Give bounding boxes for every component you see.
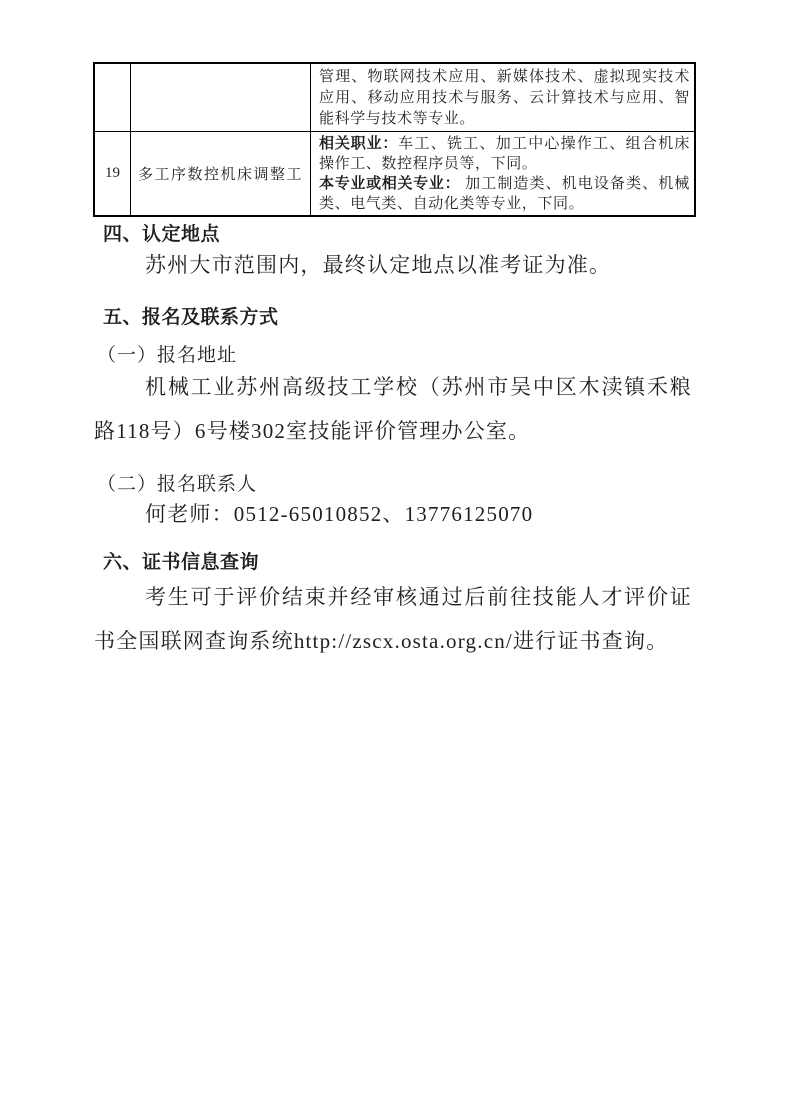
location-paragraph: 苏州大市范围内，最终认定地点以准考证为准。 bbox=[94, 243, 692, 287]
detail-label: 本专业或相关专业： bbox=[319, 175, 460, 192]
table-row: 19 多工序数控机床调整工 相关职业：车工、铣工、加工中心操作工、组合机床操作工… bbox=[94, 132, 695, 217]
table-cell-occupation bbox=[131, 63, 311, 132]
table-cell-details: 管理、物联网技术应用、新媒体技术、虚拟现实技术应用、移动应用技术与服务、云计算技… bbox=[311, 63, 696, 132]
document-page: 管理、物联网技术应用、新媒体技术、虚拟现实技术应用、移动应用技术与服务、云计算技… bbox=[0, 0, 786, 1106]
address-paragraph: 机械工业苏州高级技工学校（苏州市吴中区木渎镇禾粮路118号）6号楼302室技能评… bbox=[94, 365, 692, 453]
query-text-post: 进行证书查询。 bbox=[513, 629, 668, 653]
detail-paragraph: 本专业或相关专业： 加工制造类、机电设备类、机械类、电气类、自动化类等专业，下同… bbox=[319, 174, 690, 214]
table-cell-number bbox=[94, 63, 131, 132]
detail-text: 管理、物联网技术应用、新媒体技术、虚拟现实技术应用、移动应用技术与服务、云计算技… bbox=[319, 69, 690, 127]
detail-paragraph: 管理、物联网技术应用、新媒体技术、虚拟现实技术应用、移动应用技术与服务、云计算技… bbox=[319, 66, 690, 130]
table-cell-occupation: 多工序数控机床调整工 bbox=[131, 132, 311, 217]
table-row: 管理、物联网技术应用、新媒体技术、虚拟现实技术应用、移动应用技术与服务、云计算技… bbox=[94, 63, 695, 132]
section-heading-registration: 五、报名及联系方式 bbox=[94, 305, 701, 331]
table-cell-number: 19 bbox=[94, 132, 131, 217]
occupation-table: 管理、物联网技术应用、新媒体技术、虚拟现实技术应用、移动应用技术与服务、云计算技… bbox=[93, 62, 696, 217]
certificate-query-url: http://zscx.osta.org.cn/ bbox=[294, 629, 513, 653]
contact-paragraph: 何老师：0512-65010852、13776125070 bbox=[94, 492, 692, 536]
certificate-query-paragraph: 考生可于评价结束并经审核通过后前往技能人才评价证书全国联网查询系统http://… bbox=[94, 575, 692, 663]
detail-label: 相关职业： bbox=[319, 135, 398, 152]
section-heading-certificate-query: 六、证书信息查询 bbox=[94, 550, 701, 576]
table-cell-details: 相关职业：车工、铣工、加工中心操作工、组合机床操作工、数控程序员等，下同。 本专… bbox=[311, 132, 696, 217]
detail-paragraph: 相关职业：车工、铣工、加工中心操作工、组合机床操作工、数控程序员等，下同。 bbox=[319, 134, 690, 174]
